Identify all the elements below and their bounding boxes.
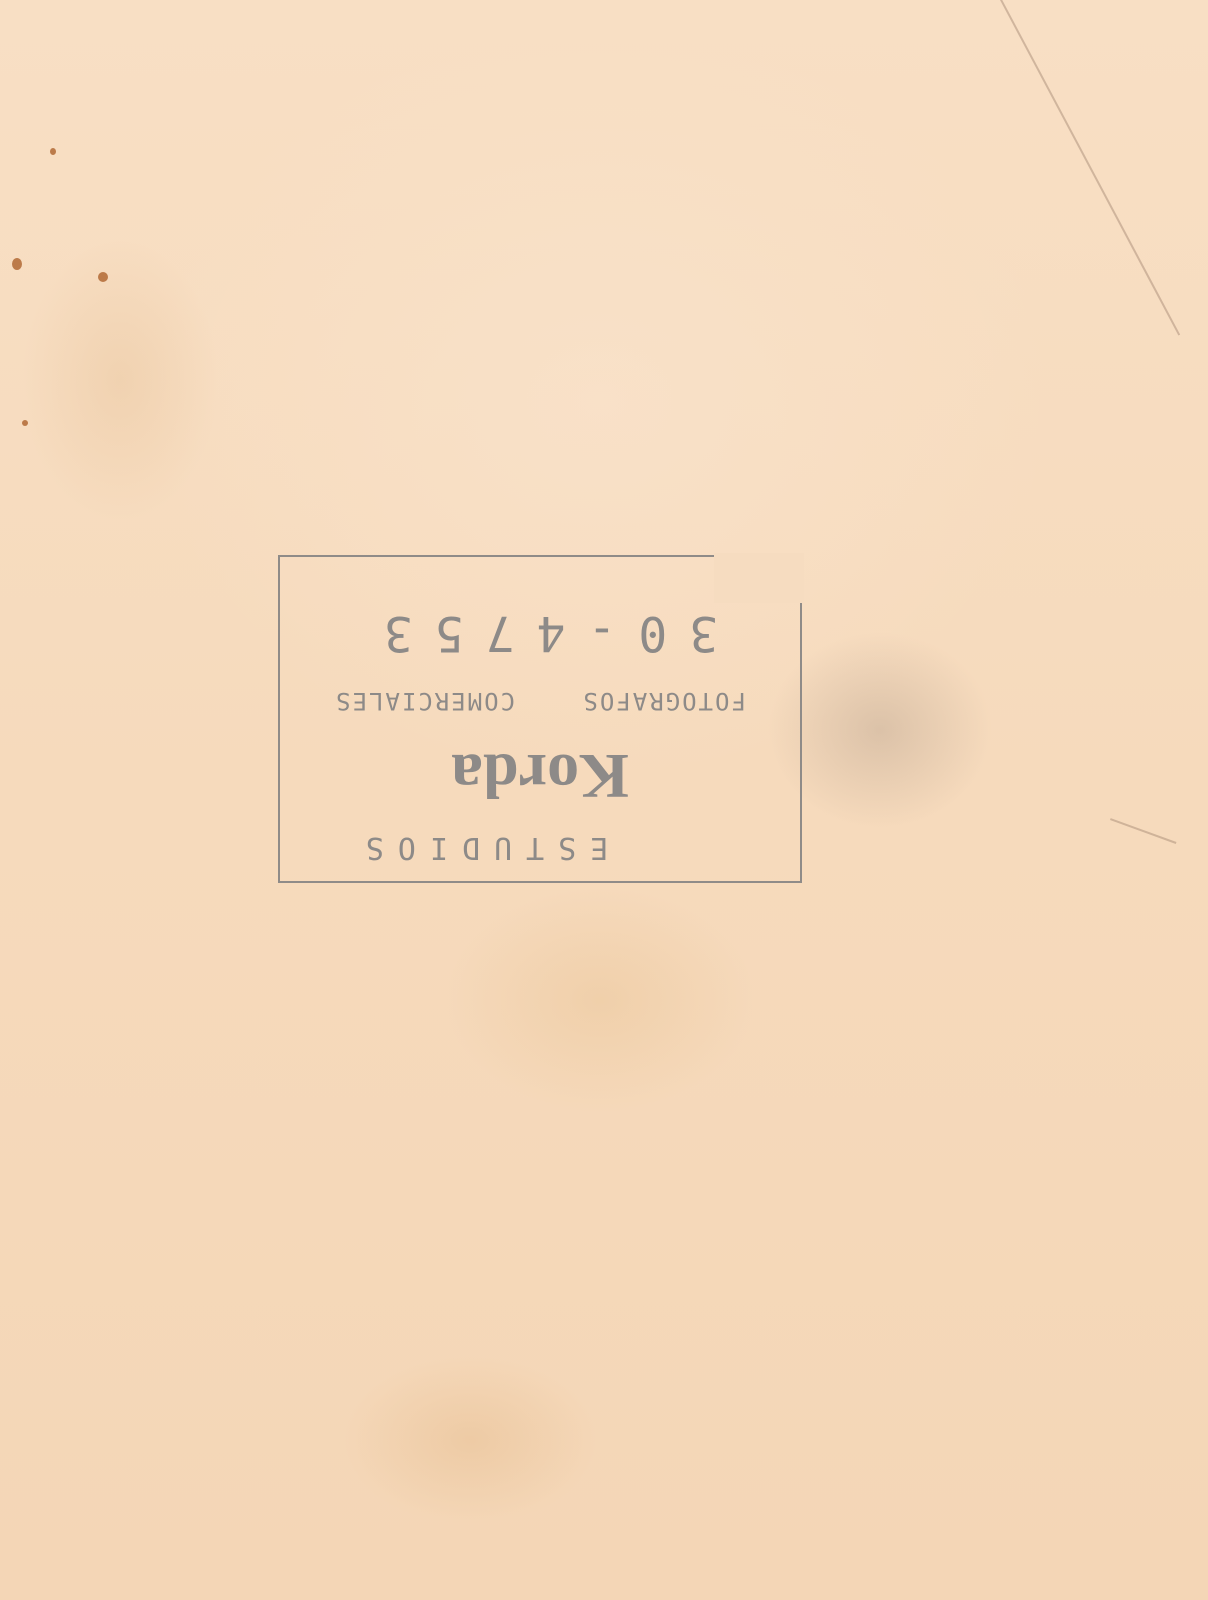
stamp-studio-label: ESTUDIOS <box>278 830 802 865</box>
rust-spot <box>12 258 22 270</box>
stamp-subtitle: FOTOGRAFOS COMERCIALES <box>278 687 802 715</box>
stamp-studio-name: Korda <box>278 739 802 813</box>
rust-spot <box>22 420 28 426</box>
rust-spot <box>50 148 56 155</box>
studio-stamp: ESTUDIOS Korda FOTOGRAFOS COMERCIALES 30… <box>278 555 802 883</box>
rust-spot <box>98 272 108 282</box>
stamp-phone-number: 30-4753 <box>278 605 802 661</box>
